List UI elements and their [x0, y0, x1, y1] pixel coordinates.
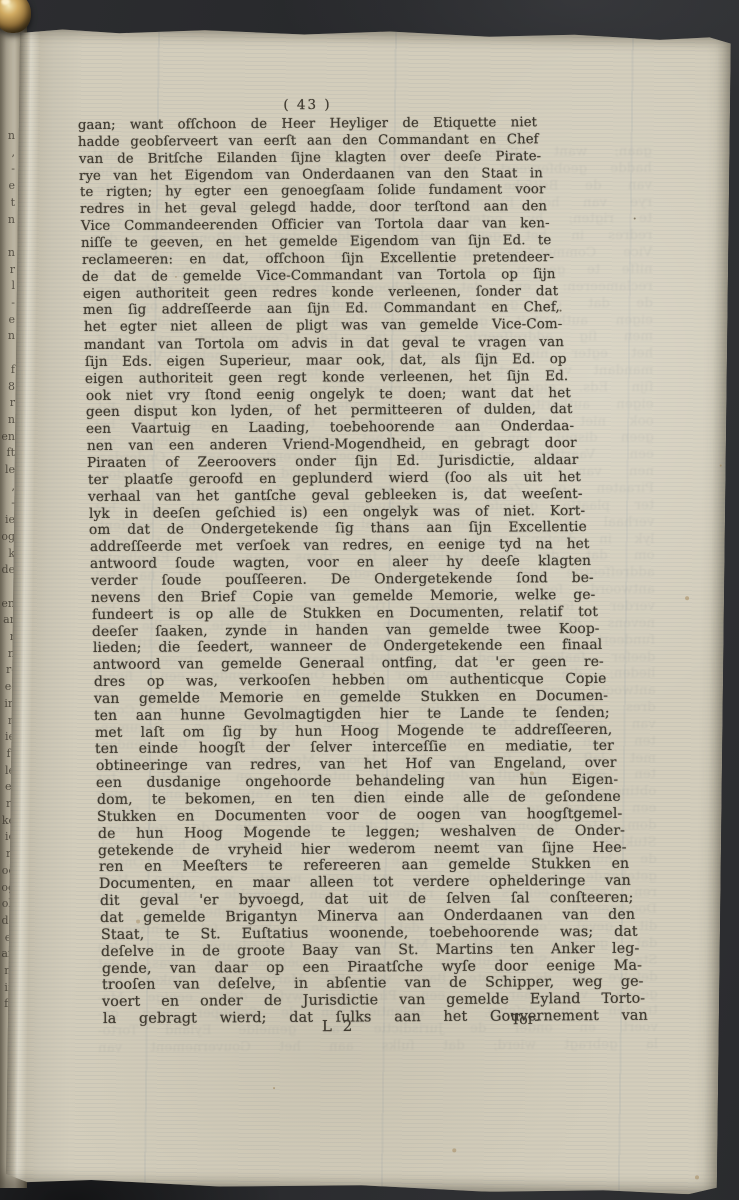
page-number: ( 43 ) — [78, 96, 537, 117]
catchword: Tor- — [511, 1012, 539, 1028]
page-content: ( 43 ) gaan; want ofſchoon de Heer Heyli… — [0, 0, 739, 1200]
text-line: la gebragt wierd; dat ſulks aan het Gouv… — [103, 1008, 648, 1028]
clamp-glint — [1, 0, 10, 5]
scanned-book-photo: n,-etnnrl-enf8rnenftle,-ieogkdeenarrnr-e… — [0, 0, 739, 1200]
signature-mark: L 2 — [322, 1017, 355, 1035]
